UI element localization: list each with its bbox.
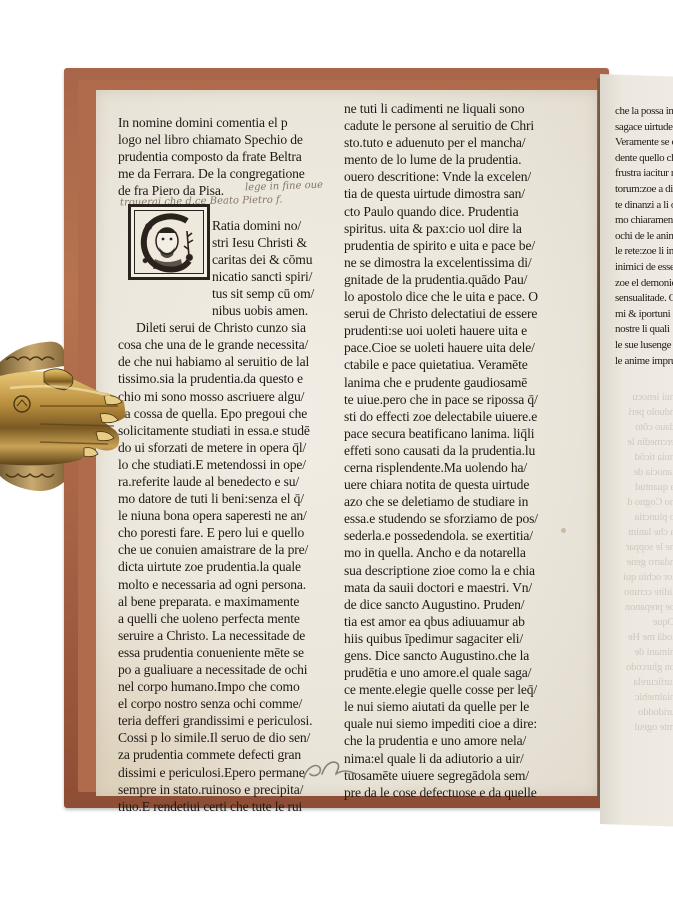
text-line: te uiue.pero che in pace se ripossa q̄/ [344,391,574,408]
text-line: nuia ticōd [620,450,673,465]
text-line: che la possa indu [615,104,673,120]
text-line: uridoddo [620,705,673,720]
text-line: cto Paulo quando dice. Prudentia [344,203,574,220]
text-line: no Cogno d [620,495,673,510]
right-column-text: ne tuti li cadimenti ne liquali sono cad… [344,100,574,801]
text-line: do ui sforzati de metere in opera q̄l/ [118,439,340,456]
text-line: le nui siemo aiutati da quelle per le [344,698,574,715]
text-line: iuriicurela [620,675,673,690]
text-line: mo chiaramento [615,213,673,229]
text-line: ercmedin le [620,435,673,450]
text-line: ctabile e pace quietatiua. Veramēte [344,356,574,373]
brass-hand-bookstand-icon [0,336,130,496]
woodcut-initial-letter [128,204,210,280]
text-line: effeti sono causati da la prudentia.lu [344,442,574,459]
text-line: tus sit semp cū om/ [118,285,340,302]
text-line: ochi de le anime [615,229,673,245]
text-line: cho poresti fare. E pero lui e quello [118,524,340,541]
text-line: quale nui siemo impediti cioe a dire: [344,715,574,732]
text-line: ne le soppar [620,540,673,555]
text-line: nel corpo humano.Impo che como [118,678,340,695]
text-line: prudentia composto da frate Beltra [118,148,340,165]
text-line: tia de questa uirtude dimostra san/ [344,185,574,202]
text-line: serui de Christo delectatiui de essere [344,305,574,322]
page-gutter [597,78,600,800]
text-line: sto.tuto e aduenuto per el mancha/ [344,134,574,151]
text-line: cadute le persone al seruitio de Chri [344,117,574,134]
text-line: de dice sancto Augustino. Pruden/ [344,596,574,613]
text-line: teria defferi grandissimi e periculosi. [118,712,340,729]
text-line: che la prudentia e uno amore nela/ [344,732,574,749]
text-line: nibus uobis amen. [118,302,340,319]
text-line: nialmehic [620,690,673,705]
text-line: prudenti:se uoi uoleti hauere uita e [344,322,574,339]
text-line: lo che studiati.E metendossi in ope/ [118,456,340,473]
text-line: iodā me He [620,630,673,645]
text-line: na cossa de quella. Epo pregoui che [118,405,340,422]
text-line: essa prudentia conueniente mēte se [118,644,340,661]
text-line: lo apostolo dice che le uita e pace. O [344,288,574,305]
text-line: azo che se deletiamo de studiare in [344,493,574,510]
text-line: torum:zoe a dire [615,182,673,198]
text-line: lanima che e prudente gaudiosamē [344,374,574,391]
text-line: lidite ccruno [620,585,673,600]
text-line: solicitamente studiati in essa.e studē [118,422,340,439]
text-line: ouero descritione: Vnde la excelen/ [344,168,574,185]
portrait-initial-icon [137,211,201,273]
pencil-mark-icon [300,752,370,788]
text-line: le anime impru [615,354,673,370]
text-line: ne tuti li cadimenti ne liquali sono [344,100,574,117]
text-line: nima:el quale li da adiutorio a uir/ [344,750,574,767]
text-line: ianocia de [620,465,673,480]
text-line: sensualitade. Q [615,291,673,307]
text-line: tia est amor ea qbus adiuuamur ab [344,613,574,630]
text-line: le rete:zoe li ing [615,244,673,260]
text-line: dicta uirtute zoe prudentia.la quale [118,558,340,575]
text-line: inimici de esse a [615,260,673,276]
text-line: pre da le cose defectuose e da quelle [344,784,574,801]
text-line: mo datore de tuti li beni:senza el q̄/ [118,490,340,507]
text-line: o plunctia [620,510,673,525]
text-line: po a gualiuare a necessitade de ochi [118,661,340,678]
paper-blemish [561,528,566,533]
text-line: a che lanim [620,525,673,540]
text-line: molto e necessaria ad ogni persona. [118,576,340,593]
text-line: al bene preparata. e maximamente [118,593,340,610]
show-through-text: nui ienocu nduolo peri dauo cōto ercmedi… [620,390,673,735]
text-line: Cossi p lo simile.Il seruo de dio sen/ [118,729,340,746]
text-line: zoe el demonio [615,276,673,292]
text-line: uere chiara notita de questa uirtude [344,476,574,493]
text-line: le niuna bona opera saperesti ne an/ [118,507,340,524]
text-line: a quelli che uoleno perfecta mente [118,610,340,627]
text-line: mata da sauii doctori e maestri. Vn/ [344,579,574,596]
text-line: logo nel libro chiamato Spechio de [118,131,340,148]
text-line: de che nui habiamo al seruitio de lal [118,353,340,370]
text-line: prudentia de spirito e uita e pace be/ [344,237,574,254]
text-line: ce mente.elegie quelle cosse per leq̄/ [344,681,574,698]
text-line: essa.e studendo se sforziamo de pos/ [344,510,574,527]
text-line: seruire a Christo. La necessitade de [118,627,340,644]
text-line: Dileti serui de Christo cunzo sia [118,319,340,336]
text-line: nimani de [620,645,673,660]
text-line: nui ienocu [620,390,673,405]
text-line: Veramente se cō [615,135,673,151]
text-line: a quantud [620,480,673,495]
text-line: mte ogeul [620,720,673,735]
text-line: te dinanzi a li och [615,198,673,214]
text-line: sagace uirtude ch [615,120,673,136]
text-line: In nomine domini comentia el p [118,114,340,131]
text-line: nduolo peri [620,405,673,420]
text-line: pace secura beatificano lanima. liq̄li [344,425,574,442]
text-line: frustra iacitur ret [615,166,673,182]
text-line: mo in quella. Ancho e da notarella [344,544,574,561]
facing-page-text: che la possa indu sagace uirtude ch Vera… [615,104,673,369]
text-line: tiuo.E rendetiui certi che tute le rui [118,798,340,815]
text-line: ra.referite laude al benedecto e su/ [118,473,340,490]
text-line: on glurcodo [620,660,673,675]
text-line: dente quello che [615,151,673,167]
text-line: sederla.e possedendola. se exertitia/ [344,527,574,544]
text-line: mento de lo lume de la prudentia. [344,151,574,168]
text-line: sua descriptione zioe como la e chia [344,562,574,579]
text-line: gens. Dice sancto Augustino.che la [344,647,574,664]
text-line: el corpo nostro senza ochi comme/ [118,695,340,712]
text-line: mi & iportuni [615,307,673,323]
text-line: tuosamēte uiuere segregādola sem/ [344,767,574,784]
text-line: cerna risplendente.Ma uolendo ha/ [344,459,574,476]
text-line: ne se dimostra la excelentissima di/ [344,254,574,271]
book-photo-scene: In nomine domini comentia el p logo nel … [0,0,673,900]
text-line: nostre li quali [615,322,673,338]
text-line: sti do effecti zoe delectabile uiuere.e [344,408,574,425]
text-line: che ue conuien amaistrare de la pre/ [118,541,340,558]
text-line: chio mi sono mosso ascriuere algu/ [118,388,340,405]
text-line: le sue lusenge [615,338,673,354]
text-line: be prepanon [620,600,673,615]
text-line: Oque [620,615,673,630]
text-line: ndarro gene [620,555,673,570]
text-line: pace.Cioe se uoleti hauere uita dele/ [344,339,574,356]
text-line: gnitade de la prudentia.quādo Pau/ [344,271,574,288]
text-line: prudētia e uno amore.el quale saga/ [344,664,574,681]
text-line: ior ochiu qui [620,570,673,585]
text-line: hiis quibus īpedimur sagaciter eli/ [344,630,574,647]
text-line: spiritus. uita & pax:cio uol dire la [344,220,574,237]
text-line: cosa che una de le grande necessita/ [118,336,340,353]
text-line: tissimo.sia la prudentia.da questo e [118,370,340,387]
text-line: dauo cōto [620,420,673,435]
